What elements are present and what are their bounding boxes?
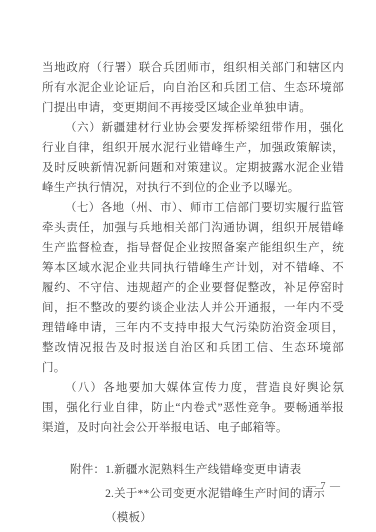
attachment-item-1: 1.新疆水泥熟料生产线错峰变更申请表	[105, 458, 344, 482]
attachments-list: 1.新疆水泥熟料生产线错峰变更申请表 2.关于**公司变更水泥错峰生产时间的请示…	[105, 458, 344, 530]
paragraph-item-7: （七）各地（州、市）、师市工信部门要切实履行监管牵头责任，加强与兵地相关部门沟通…	[42, 198, 344, 378]
attachments-block: 附件： 1.新疆水泥熟料生产线错峰变更申请表 2.关于**公司变更水泥错峰生产时…	[42, 458, 344, 530]
paragraph-item-8: （八）各地要加大媒体宣传力度，营造良好舆论氛围，强化行业自律，防止“内卷式”恶性…	[42, 378, 344, 438]
paragraph-continuation: 当地政府（行署）联合兵团师市，组织相关部门和辖区内所有水泥企业论证后，向自治区和…	[42, 58, 344, 118]
page-number: — 7 —	[306, 481, 341, 492]
document-page: 当地政府（行署）联合兵团师市，组织相关部门和辖区内所有水泥企业论证后，向自治区和…	[0, 0, 376, 532]
attachments-label: 附件：	[70, 458, 105, 530]
paragraph-item-6: （六）新疆建材行业协会要发挥桥梁纽带作用，强化行业自律，组织开展水泥行业错峰生产…	[42, 118, 344, 198]
body-text: 当地政府（行署）联合兵团师市，组织相关部门和辖区内所有水泥企业论证后，向自治区和…	[42, 58, 344, 530]
